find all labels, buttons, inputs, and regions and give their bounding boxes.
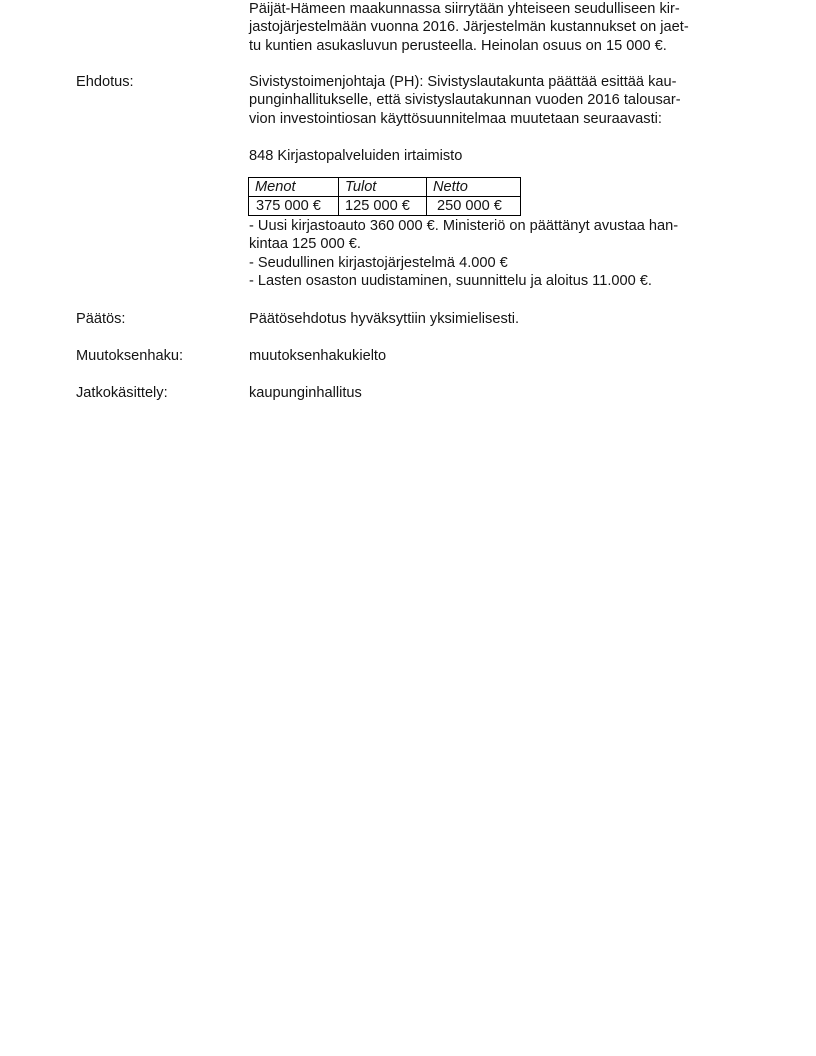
decision-text: Päätösehdotus hyväksyttiin yksimielisest… bbox=[249, 310, 739, 328]
proposal-label: Ehdotus: bbox=[76, 73, 134, 91]
cell-netto: 250 000 € bbox=[427, 197, 521, 216]
header-menot: Menot bbox=[249, 178, 339, 197]
budget-table: Menot Tulot Netto 375 000 € 125 000 € 25… bbox=[248, 177, 521, 216]
intro-paragraph: Päijät-Hämeen maakunnassa siirrytään yht… bbox=[249, 0, 739, 55]
note-line: - Uusi kirjastoauto 360 000 €. Ministeri… bbox=[249, 217, 739, 235]
table-header-row: Menot Tulot Netto bbox=[249, 178, 521, 197]
cell-tulot: 125 000 € bbox=[339, 197, 427, 216]
proposal-line: Sivistystoimenjohtaja (PH): Sivistyslaut… bbox=[249, 73, 739, 91]
header-tulot: Tulot bbox=[339, 178, 427, 197]
note-line: - Seudullinen kirjastojärjestelmä 4.000 … bbox=[249, 254, 739, 272]
decision-label: Päätös: bbox=[76, 310, 126, 328]
proposal-line: punginhallitukselle, että sivistyslautak… bbox=[249, 91, 739, 109]
intro-line: jastojärjestelmään vuonna 2016. Järjeste… bbox=[249, 18, 739, 36]
note-line: kintaa 125 000 €. bbox=[249, 235, 739, 253]
appeal-text: muutoksenhakukielto bbox=[249, 347, 739, 365]
table-row: 375 000 € 125 000 € 250 000 € bbox=[249, 197, 521, 216]
appeal-label: Muutoksenhaku: bbox=[76, 347, 183, 365]
header-netto: Netto bbox=[427, 178, 521, 197]
note-line: - Lasten osaston uudistaminen, suunnitte… bbox=[249, 272, 739, 290]
account-title: 848 Kirjastopalveluiden irtaimisto bbox=[249, 147, 739, 165]
intro-line: tu kuntien asukasluvun perusteella. Hein… bbox=[249, 37, 739, 55]
followup-label: Jatkokäsittely: bbox=[76, 384, 168, 402]
proposal-line: vion investointiosan käyttösuunnitelmaa … bbox=[249, 110, 739, 128]
intro-line: Päijät-Hämeen maakunnassa siirrytään yht… bbox=[249, 0, 739, 18]
notes-list: - Uusi kirjastoauto 360 000 €. Ministeri… bbox=[249, 217, 739, 291]
cell-menot: 375 000 € bbox=[249, 197, 339, 216]
followup-text: kaupunginhallitus bbox=[249, 384, 739, 402]
proposal-paragraph: Sivistystoimenjohtaja (PH): Sivistyslaut… bbox=[249, 73, 739, 128]
